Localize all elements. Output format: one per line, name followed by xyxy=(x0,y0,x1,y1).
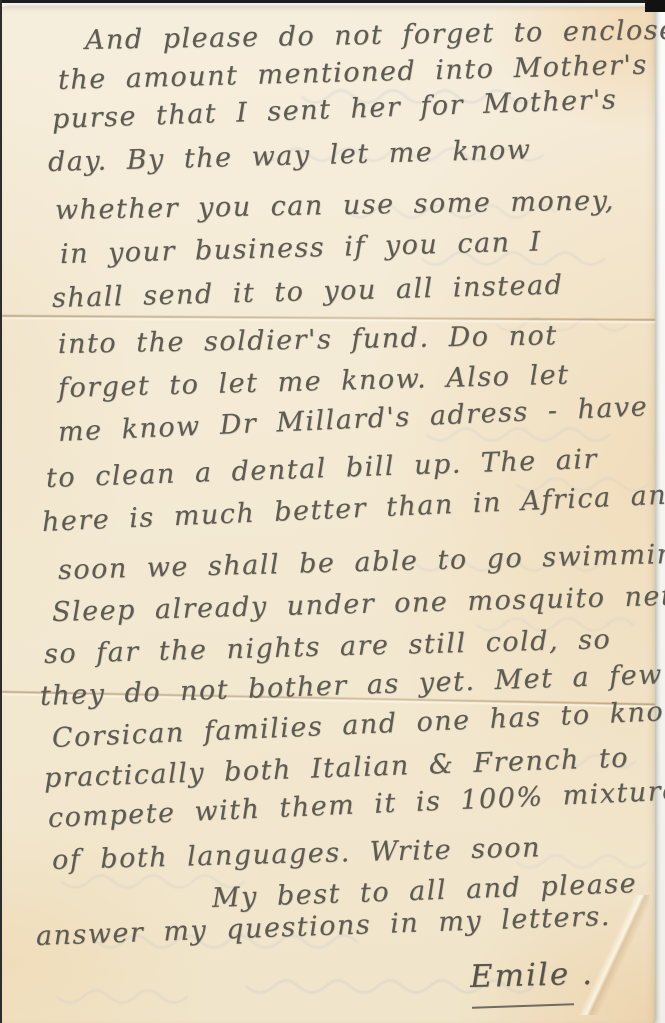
letter-paper: And please do not forget to enclosethe a… xyxy=(2,7,655,1023)
scanner-edge-left xyxy=(0,0,2,1023)
scanner-edge-top xyxy=(0,0,665,3)
scanner-edge-corner xyxy=(645,0,665,12)
signature: Emile . xyxy=(470,956,595,995)
ghost-writing-stroke xyxy=(57,991,187,1003)
scanned-letter-page: And please do not forget to enclosethe a… xyxy=(0,0,665,1023)
